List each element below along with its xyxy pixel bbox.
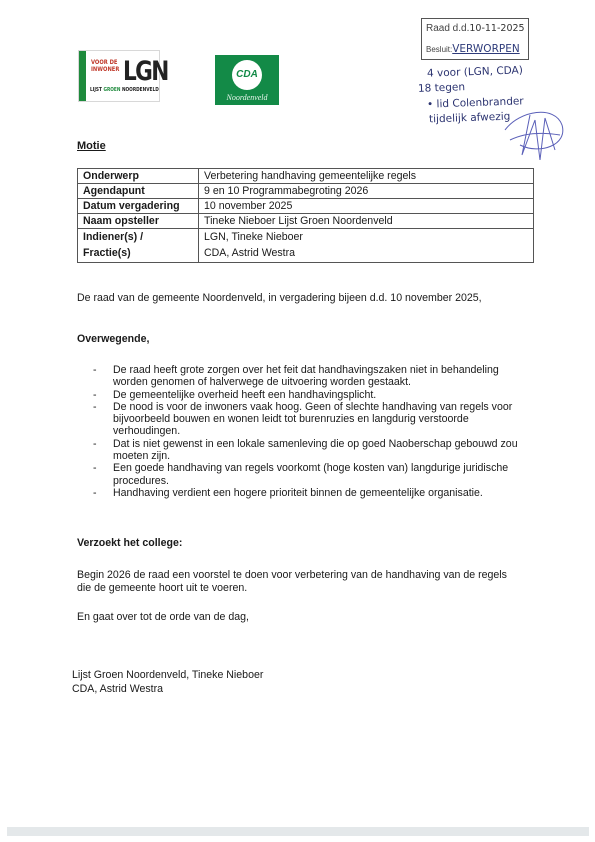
meta-value: LGN, Tineke Nieboer CDA, Astrid Westra — [199, 229, 534, 263]
dash-bullet-icon: - — [93, 389, 97, 401]
scan-edge-bar — [7, 827, 589, 836]
document-title: Motie — [77, 140, 106, 152]
dash-bullet-icon: - — [93, 438, 97, 450]
handwritten-note: 4 voor (LGN, CDA) — [427, 64, 523, 79]
dash-bullet-icon: - — [93, 462, 97, 474]
considerations-list: -De raad heeft grote zorgen over het fei… — [93, 364, 533, 499]
meta-value-line: LGN, Tineke Nieboer — [204, 229, 528, 245]
lgn-sub-green: GROEN — [103, 87, 120, 93]
request-line: die de gemeente hoort uit te voeren. — [77, 582, 247, 594]
meta-label-line: Indiener(s) / — [83, 229, 193, 245]
request-line: Begin 2026 de raad een voorstel te doen … — [77, 569, 507, 581]
meta-value-line: CDA, Astrid Westra — [204, 245, 528, 261]
dash-bullet-icon: - — [93, 487, 97, 499]
handwritten-note: 18 tegen — [418, 81, 465, 95]
stamp-besluit-value: VERWORPEN — [452, 43, 519, 55]
stamp-raad-line: Raad d.d.10-11-2025 — [426, 23, 525, 34]
lgn-logo-bar — [79, 51, 86, 101]
considering-heading: Overwegende, — [77, 333, 149, 345]
list-item: -Een goede handhaving van regels voorkom… — [93, 462, 533, 487]
list-item: -De gemeentelijke overheid heeft een han… — [93, 389, 533, 401]
closing-text: En gaat over tot de orde van de dag, — [77, 611, 249, 623]
lgn-subtitle: LIJST GROEN NOORDENVELD — [90, 87, 159, 93]
list-item: -Handhaving verdient een hogere priorite… — [93, 487, 533, 499]
meta-value: Tineke Nieboer Lijst Groen Noordenveld — [199, 214, 534, 229]
lgn-acronym: LGN — [123, 56, 168, 87]
table-row: Datum vergadering 10 november 2025 — [78, 199, 534, 214]
table-row: Indiener(s) / Fractie(s) LGN, Tineke Nie… — [78, 229, 534, 263]
dash-bullet-icon: - — [93, 364, 97, 376]
signatory: Lijst Groen Noordenveld, Tineke Nieboer — [72, 669, 263, 681]
stamp-raad-date: 10-11-2025 — [469, 23, 524, 34]
list-item: -De raad heeft grote zorgen over het fei… — [93, 364, 533, 389]
table-row: Naam opsteller Tineke Nieboer Lijst Groe… — [78, 214, 534, 229]
lgn-logo: VOOR DE INWONER LGN LIJST GROEN NOORDENV… — [78, 50, 160, 102]
lgn-tagline: VOOR DE INWONER — [91, 59, 119, 73]
handwritten-note: tijdelijk afwezig — [429, 111, 511, 126]
cda-logo-circle: CDA — [232, 60, 262, 90]
meta-label-line: Fractie(s) — [83, 245, 193, 261]
cda-acronym: CDA — [232, 69, 262, 80]
table-row: Onderwerp Verbetering handhaving gemeent… — [78, 169, 534, 184]
meta-label: Datum vergadering — [78, 199, 199, 214]
meta-label: Naam opsteller — [78, 214, 199, 229]
intro-text: De raad van de gemeente Noordenveld, in … — [77, 292, 482, 304]
signatory: CDA, Astrid Westra — [72, 683, 163, 695]
meta-label: Agendapunt — [78, 184, 199, 199]
stamp-besluit-label: Besluit: — [426, 45, 452, 54]
lgn-sub-suffix: NOORDENVELD — [120, 87, 158, 93]
meta-value: 9 en 10 Programmabegroting 2026 — [199, 184, 534, 199]
lgn-tagline-line: INWONER — [91, 66, 119, 73]
cda-subtitle: Noordenveld — [215, 93, 279, 102]
consideration-text: De nood is voor de inwoners vaak hoog. G… — [113, 401, 512, 438]
consideration-text: Handhaving verdient een hogere prioritei… — [113, 487, 483, 499]
lgn-sub-prefix: LIJST — [90, 87, 103, 93]
consideration-text: De raad heeft grote zorgen over het feit… — [113, 364, 499, 388]
list-item: -Dat is niet gewenst in een lokale samen… — [93, 438, 533, 463]
request-heading: Verzoekt het college: — [77, 537, 182, 549]
consideration-text: Dat is niet gewenst in een lokale samenl… — [113, 438, 518, 462]
list-item: -De nood is voor de inwoners vaak hoog. … — [93, 401, 533, 438]
consideration-text: De gemeentelijke overheid heeft een hand… — [113, 389, 376, 401]
signature-icon — [500, 100, 570, 170]
consideration-text: Een goede handhaving van regels voorkomt… — [113, 462, 508, 486]
cda-logo: CDA Noordenveld — [215, 55, 279, 105]
stamp-raad-label: Raad d.d. — [426, 23, 469, 34]
decision-stamp: Raad d.d.10-11-2025 Besluit:VERWORPEN — [421, 18, 529, 60]
motion-meta-table: Onderwerp Verbetering handhaving gemeent… — [77, 168, 534, 263]
meta-value: 10 november 2025 — [199, 199, 534, 214]
stamp-besluit-line: Besluit:VERWORPEN — [426, 43, 520, 55]
dash-bullet-icon: - — [93, 401, 97, 413]
table-row: Agendapunt 9 en 10 Programmabegroting 20… — [78, 184, 534, 199]
meta-label: Onderwerp — [78, 169, 199, 184]
meta-label: Indiener(s) / Fractie(s) — [78, 229, 199, 263]
meta-value: Verbetering handhaving gemeentelijke reg… — [199, 169, 534, 184]
